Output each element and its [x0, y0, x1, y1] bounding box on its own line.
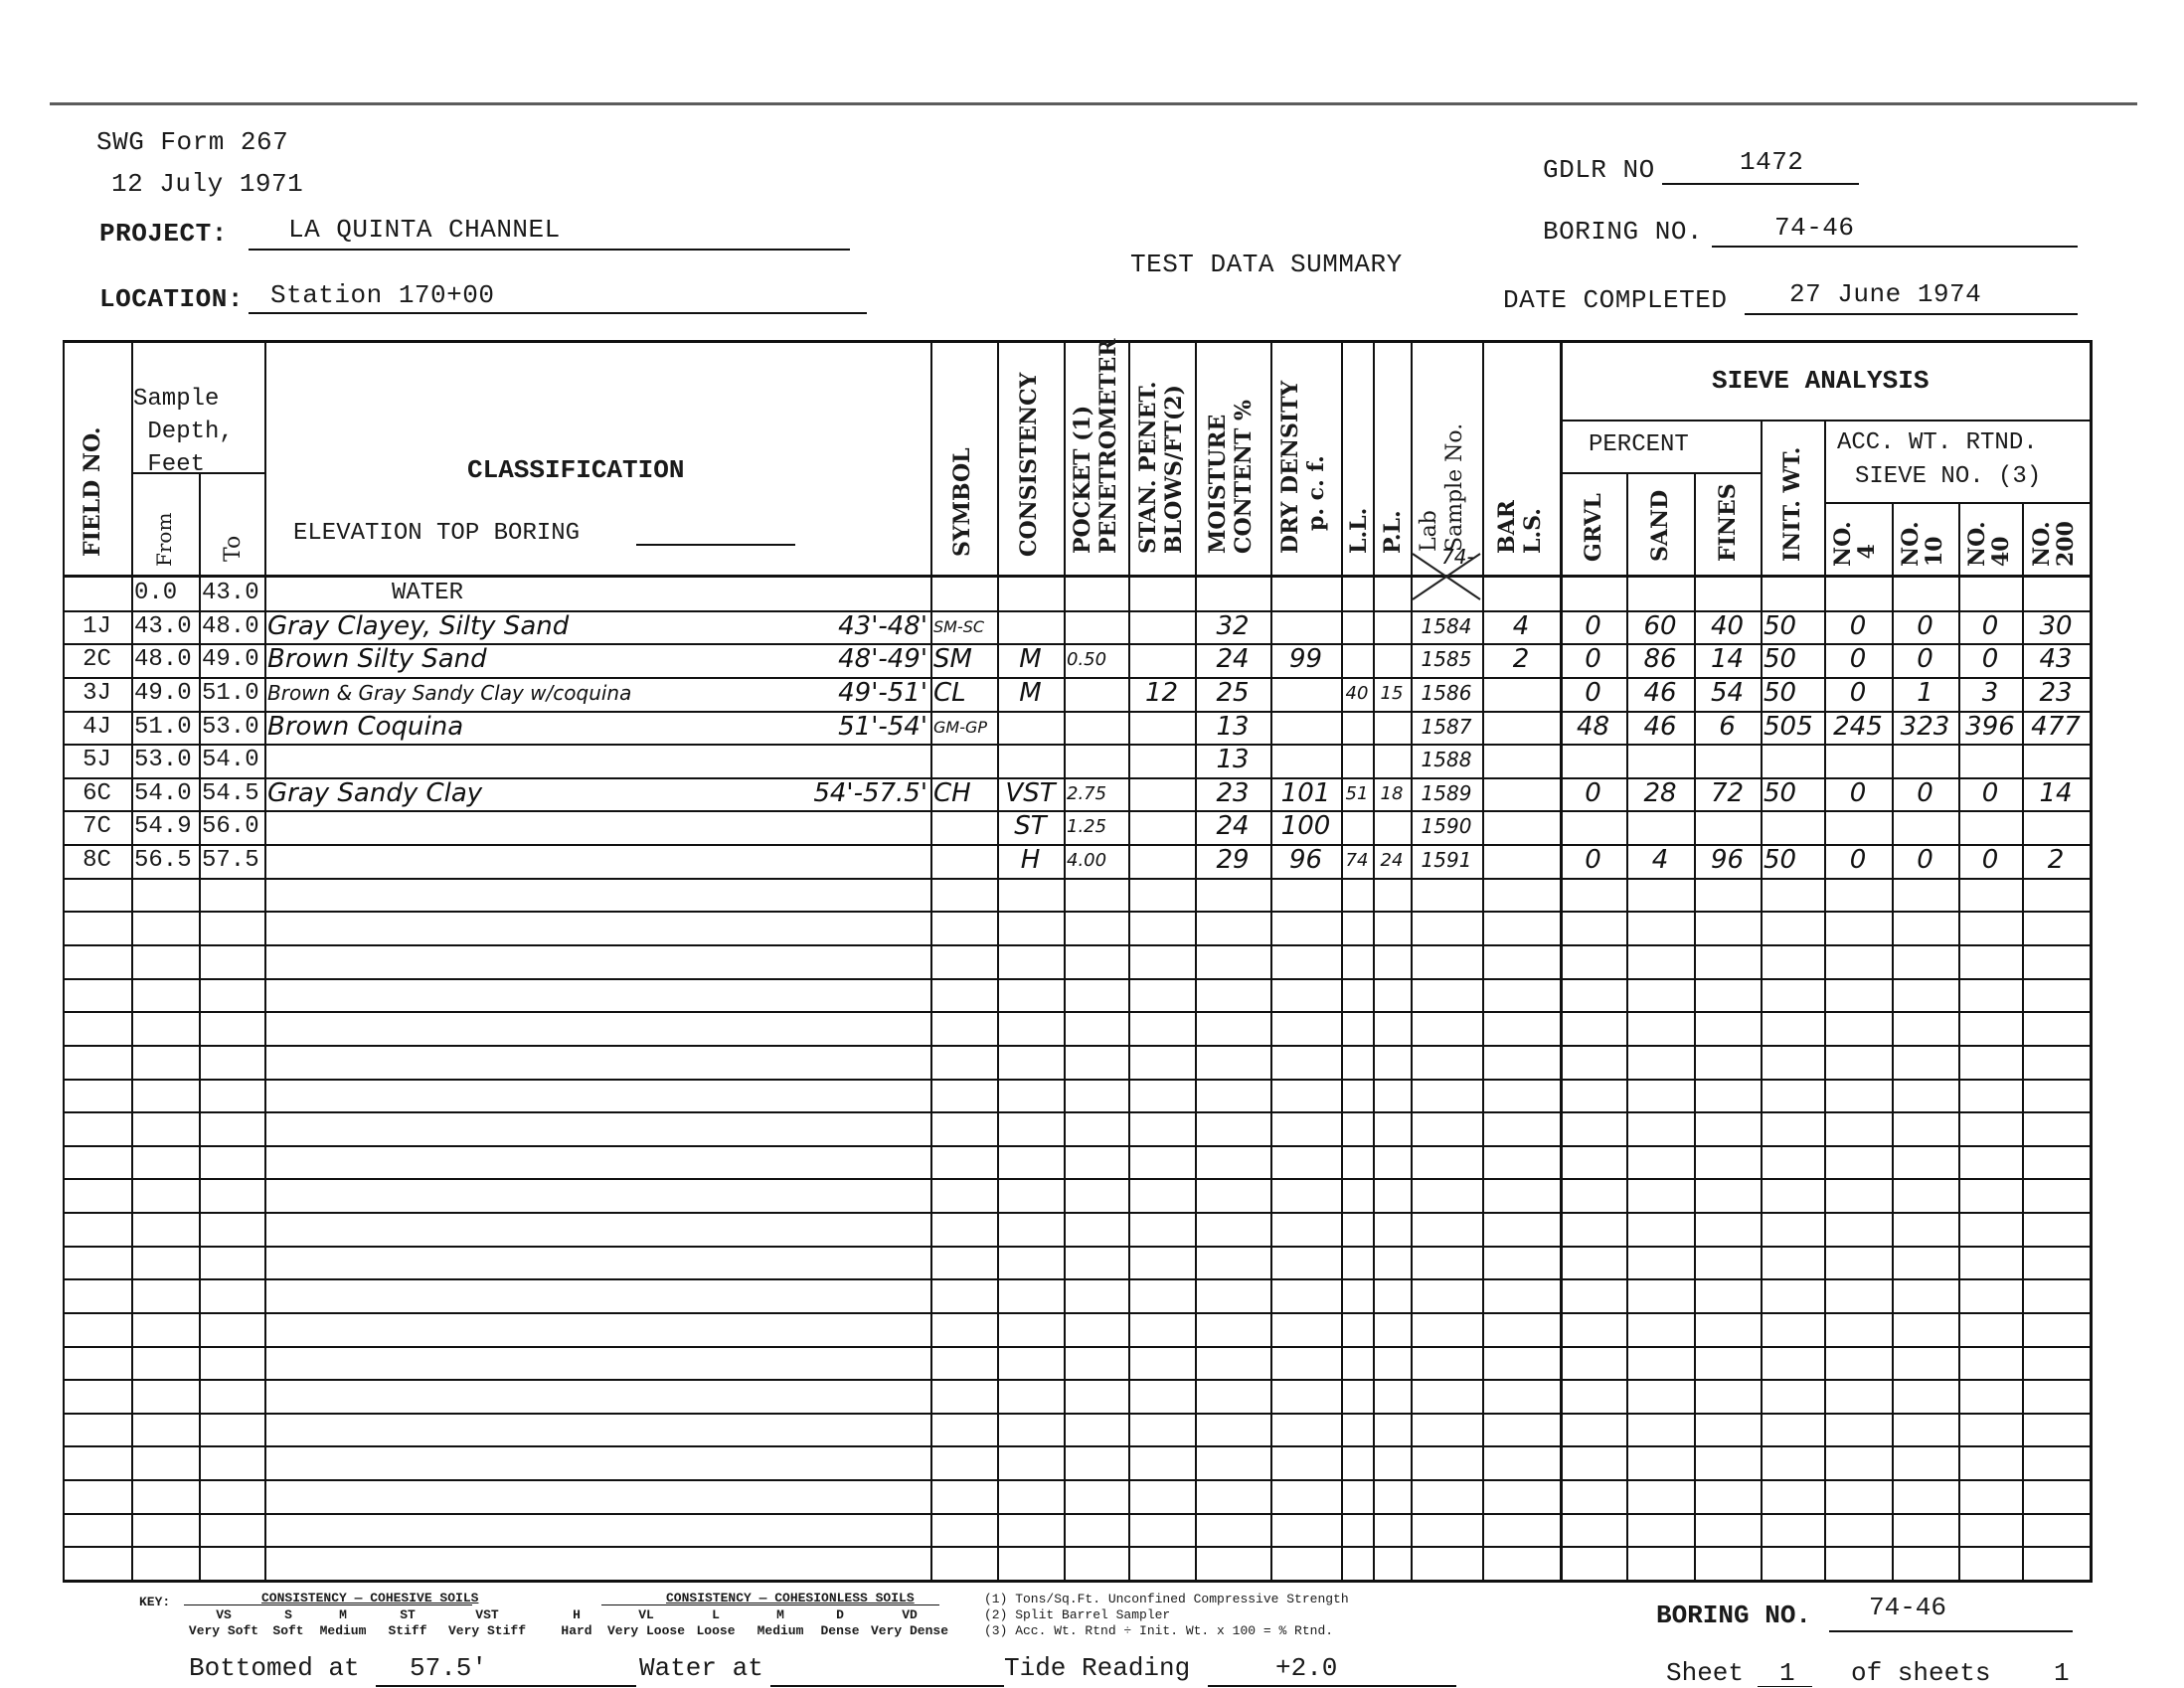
cell-from: 51.0	[134, 711, 196, 745]
cell-depth	[739, 844, 927, 878]
cell-n40: 0	[1961, 844, 2019, 878]
header-init-wt: INIT. WT.	[1779, 427, 1805, 562]
key-note-3: (3) Acc. Wt. Rtnd ÷ Init. Wt. x 100 = % …	[984, 1623, 1333, 1638]
cell-cons	[1000, 577, 1061, 610]
footer-boring-value: 74-46	[1869, 1593, 1946, 1622]
cell-fines	[1697, 577, 1758, 610]
cell-ll	[1344, 810, 1370, 844]
bottomed-value: 57.5'	[410, 1653, 487, 1683]
cell-n40: 0	[1961, 777, 2019, 811]
cell-ll: 74	[1344, 844, 1370, 878]
tide-value: +2.0	[1275, 1653, 1337, 1683]
cell-grvl	[1563, 810, 1623, 844]
bottomed-label: Bottomed at	[189, 1653, 360, 1683]
cell-n40	[1961, 744, 2019, 777]
cell-cons	[1000, 610, 1061, 644]
cell-class: Brown & Gray Sandy Clay w/coquina	[267, 677, 758, 711]
cell-class: Gray Sandy Clay	[267, 777, 758, 811]
cell-moist: 13	[1198, 744, 1267, 777]
cell-to: 51.0	[202, 677, 261, 711]
cell-depth: 43'-48'	[739, 610, 927, 644]
cell-lab: 1588	[1414, 744, 1479, 777]
cell-init: 50	[1764, 844, 1821, 878]
cell-class: Brown Silty Sand	[267, 643, 758, 677]
header-to: To	[221, 512, 247, 562]
cell-to: 49.0	[202, 643, 261, 677]
cell-pl: 18	[1376, 777, 1408, 811]
cell-symbol	[933, 744, 994, 777]
cell-ll	[1344, 711, 1370, 745]
cell-pl: 24	[1376, 844, 1408, 878]
cell-stan	[1131, 643, 1192, 677]
date-completed-label: DATE COMPLETED	[1503, 285, 1727, 315]
cell-pl	[1376, 610, 1408, 644]
cell-sand	[1629, 577, 1691, 610]
cell-cons: ST	[1000, 810, 1061, 844]
cell-stan	[1131, 711, 1192, 745]
cell-class: WATER	[298, 577, 557, 610]
cell-dry	[1273, 677, 1338, 711]
cell-sand	[1629, 744, 1691, 777]
cell-depth	[739, 810, 927, 844]
key-cohesive-title: CONSISTENCY — COHESIVE SOILS	[261, 1591, 478, 1605]
location-value: Station 170+00	[270, 280, 494, 310]
key-abbr: VST	[442, 1607, 532, 1622]
document-title: TEST DATA SUMMARY	[1130, 250, 1403, 279]
cell-grvl: 0	[1563, 777, 1623, 811]
cell-cons: H	[1000, 844, 1061, 878]
boring-label: BORING NO.	[1543, 217, 1703, 247]
sheet-value: 1	[1779, 1658, 1795, 1688]
cell-bar: 4	[1485, 610, 1557, 644]
cell-n4: 0	[1827, 610, 1889, 644]
cell-lab: 1589	[1414, 777, 1479, 811]
cell-n4: 0	[1827, 844, 1889, 878]
cell-sand: 46	[1629, 677, 1691, 711]
cell-symbol: CH	[933, 777, 994, 811]
cell-dry: 99	[1273, 643, 1338, 677]
cell-stan	[1131, 744, 1192, 777]
cell-pl	[1376, 744, 1408, 777]
cell-class: Brown Coquina	[267, 711, 758, 745]
cell-n10	[1895, 744, 1955, 777]
header-no200: NO. 200	[2030, 507, 2078, 567]
header-bar-ls: BAR L.S.	[1494, 487, 1546, 554]
footer-boring-label: BORING NO.	[1656, 1601, 1811, 1630]
cell-dry	[1273, 610, 1338, 644]
cell-from: 0.0	[134, 577, 196, 610]
cell-n40: 396	[1961, 711, 2019, 745]
cell-bar: 2	[1485, 643, 1557, 677]
of-sheets-value: 1	[2054, 1658, 2070, 1688]
cell-lab: 1591	[1414, 844, 1479, 878]
cell-pocket	[1067, 577, 1125, 610]
cell-n10: 0	[1895, 777, 1955, 811]
cell-to: 56.0	[202, 810, 261, 844]
cell-n4	[1827, 810, 1889, 844]
location-label: LOCATION:	[99, 284, 244, 314]
cell-n40	[1961, 577, 2019, 610]
cell-fines: 14	[1697, 643, 1758, 677]
cell-fines	[1697, 744, 1758, 777]
cell-pl	[1376, 643, 1408, 677]
cell-symbol: GM-GP	[933, 711, 994, 745]
cell-n10	[1895, 810, 1955, 844]
cell-bar	[1485, 677, 1557, 711]
cell-ll: 40	[1344, 677, 1370, 711]
cell-n10: 1	[1895, 677, 1955, 711]
key-abbr: ST	[363, 1607, 452, 1622]
cell-pl	[1376, 810, 1408, 844]
header-no10: NO. 10	[1899, 507, 1946, 567]
cell-sand: 28	[1629, 777, 1691, 811]
header-sand: SAND	[1647, 487, 1673, 562]
cell-n200	[2025, 744, 2087, 777]
cell-ll	[1344, 577, 1370, 610]
cell-n40: 0	[1961, 643, 2019, 677]
cell-grvl: 48	[1563, 711, 1623, 745]
cell-field: 6C	[66, 777, 128, 811]
cell-from: 56.5	[134, 844, 196, 878]
cell-bar	[1485, 810, 1557, 844]
cell-fines: 6	[1697, 711, 1758, 745]
cell-symbol: SM-SC	[933, 610, 994, 644]
header-elevation-top-boring: ELEVATION TOP BORING	[293, 520, 580, 547]
cell-field: 2C	[66, 643, 128, 677]
header-fines: FINES	[1715, 477, 1741, 562]
cell-n4: 245	[1827, 711, 1889, 745]
cell-n200: 477	[2025, 711, 2087, 745]
gdlr-underline	[1662, 183, 1859, 185]
cell-to: 48.0	[202, 610, 261, 644]
tide-label: Tide Reading	[1004, 1653, 1190, 1683]
cell-cons: VST	[1000, 777, 1061, 811]
header-sieve-no: SIEVE NO. (3)	[1855, 463, 2041, 490]
cell-stan	[1131, 777, 1192, 811]
cell-symbol: CL	[933, 677, 994, 711]
top-rule	[50, 102, 2137, 105]
header-dry-density: DRY DENSITY p. c. f.	[1277, 370, 1329, 554]
header-pocket-penetrometer: POCKET (1) PENETROMETER	[1070, 350, 1121, 554]
cell-stan	[1131, 610, 1192, 644]
cell-pocket: 2.75	[1067, 777, 1125, 811]
header-grvl: GRVL	[1581, 487, 1606, 562]
cell-grvl: 0	[1563, 610, 1623, 644]
date-completed-underline	[1745, 313, 2078, 315]
cell-field: 7C	[66, 810, 128, 844]
key-label: KEY:	[139, 1595, 170, 1609]
cell-bar	[1485, 744, 1557, 777]
cell-init	[1764, 577, 1821, 610]
cell-lab: 1590	[1414, 810, 1479, 844]
cell-to: 54.5	[202, 777, 261, 811]
cell-bar	[1485, 844, 1557, 878]
cell-lab: 1586	[1414, 677, 1479, 711]
cell-cons	[1000, 744, 1061, 777]
key-abbr: VD	[865, 1607, 954, 1622]
cell-symbol: SM	[933, 643, 994, 677]
header-sieve-analysis: SIEVE ANALYSIS	[1712, 366, 1929, 396]
cell-n200: 30	[2025, 610, 2087, 644]
boring-underline	[1712, 246, 2078, 248]
key-note-1: (1) Tons/Sq.Ft. Unconfined Compressive S…	[984, 1592, 1349, 1606]
cell-n4: 0	[1827, 643, 1889, 677]
cell-fines: 72	[1697, 777, 1758, 811]
cell-moist: 25	[1198, 677, 1267, 711]
boring-value: 74-46	[1774, 213, 1855, 243]
cell-sand	[1629, 810, 1691, 844]
cell-from: 54.9	[134, 810, 196, 844]
cell-class	[267, 810, 758, 844]
cell-lab	[1414, 577, 1479, 610]
location-underline	[249, 312, 867, 314]
cell-lab: 1587	[1414, 711, 1479, 745]
cell-n4	[1827, 577, 1889, 610]
cell-moist: 29	[1198, 844, 1267, 878]
cell-moist: 13	[1198, 711, 1267, 745]
cell-depth: 48'-49'	[739, 643, 927, 677]
cell-stan	[1131, 810, 1192, 844]
cell-n200: 43	[2025, 643, 2087, 677]
header-field-no: FIELD NO.	[80, 398, 105, 557]
sheet-label: Sheet	[1666, 1658, 1744, 1688]
cell-moist: 24	[1198, 643, 1267, 677]
header-moisture-content: MOISTURE CONTENT %	[1205, 378, 1257, 554]
cell-class	[267, 844, 758, 878]
cell-depth: 54'-57.5'	[739, 777, 927, 811]
cell-n10: 0	[1895, 610, 1955, 644]
key-meaning: Very Stiff	[442, 1623, 532, 1638]
cell-depth: 49'-51'	[739, 677, 927, 711]
cell-init	[1764, 810, 1821, 844]
cell-grvl: 0	[1563, 844, 1623, 878]
cell-class: Gray Clayey, Silty Sand	[267, 610, 758, 644]
form-date: 12 July 1971	[111, 169, 303, 199]
cell-from: 49.0	[134, 677, 196, 711]
cell-n4: 0	[1827, 677, 1889, 711]
cell-cons: M	[1000, 643, 1061, 677]
cell-n10: 323	[1895, 711, 1955, 745]
header-from: From	[151, 497, 177, 567]
cell-cons: M	[1000, 677, 1061, 711]
header-ll: L.L.	[1346, 487, 1372, 554]
header-consistency: CONSISTENCY	[1016, 368, 1042, 557]
cell-n4	[1827, 744, 1889, 777]
header-no4: NO. 4	[1831, 507, 1879, 567]
cell-to: 53.0	[202, 711, 261, 745]
cell-init: 50	[1764, 610, 1821, 644]
cell-fines: 54	[1697, 677, 1758, 711]
cell-init: 505	[1764, 711, 1821, 745]
cell-ll	[1344, 610, 1370, 644]
cell-lab: 1585	[1414, 643, 1479, 677]
header-acc-wt-rtnd: ACC. WT. RTND.	[1837, 429, 2038, 456]
cell-pocket: 1.25	[1067, 810, 1125, 844]
lab-sample-prefix: 74-	[1441, 545, 1474, 569]
elevation-underline	[636, 544, 795, 546]
cell-field	[66, 577, 128, 610]
cell-from: 53.0	[134, 744, 196, 777]
cell-pl	[1376, 577, 1408, 610]
cell-n40: 3	[1961, 677, 2019, 711]
of-sheets-label: of sheets	[1851, 1658, 1990, 1688]
cell-stan	[1131, 844, 1192, 878]
project-label: PROJECT:	[99, 219, 228, 249]
cell-to: 57.5	[202, 844, 261, 878]
cell-grvl: 0	[1563, 677, 1623, 711]
cell-pl: 15	[1376, 677, 1408, 711]
cell-pocket	[1067, 677, 1125, 711]
cell-lab: 1584	[1414, 610, 1479, 644]
cell-bar	[1485, 711, 1557, 745]
project-underline	[249, 249, 850, 251]
cell-ll	[1344, 744, 1370, 777]
cell-n200: 23	[2025, 677, 2087, 711]
cell-grvl: 0	[1563, 643, 1623, 677]
cell-n200	[2025, 577, 2087, 610]
cell-moist: 32	[1198, 610, 1267, 644]
cell-symbol	[933, 577, 994, 610]
gdlr-label: GDLR NO	[1543, 155, 1655, 185]
cell-sand: 86	[1629, 643, 1691, 677]
cell-to: 43.0	[202, 577, 261, 610]
cell-field: 1J	[66, 610, 128, 644]
header-lab-sample-no: Lab Sample No.	[1417, 378, 1468, 552]
cell-field: 4J	[66, 711, 128, 745]
cell-n10: 0	[1895, 643, 1955, 677]
cell-sand: 60	[1629, 610, 1691, 644]
cell-dry	[1273, 711, 1338, 745]
cell-grvl	[1563, 577, 1623, 610]
header-no40: NO. 40	[1965, 507, 2013, 567]
cell-pocket	[1067, 610, 1125, 644]
cell-pocket: 4.00	[1067, 844, 1125, 878]
cell-moist: 23	[1198, 777, 1267, 811]
cell-field: 5J	[66, 744, 128, 777]
cell-field: 8C	[66, 844, 128, 878]
cell-n10	[1895, 577, 1955, 610]
cell-depth	[739, 744, 927, 777]
cell-dry	[1273, 744, 1338, 777]
cell-init: 50	[1764, 677, 1821, 711]
header-pl: P.L.	[1380, 487, 1406, 554]
cell-fines: 96	[1697, 844, 1758, 878]
cell-depth	[739, 577, 927, 610]
key-cohesionless-title: CONSISTENCY — COHESIONLESS SOILS	[666, 1591, 915, 1605]
cell-init: 50	[1764, 643, 1821, 677]
cell-pocket	[1067, 711, 1125, 745]
cell-dry: 96	[1273, 844, 1338, 878]
cell-sand: 46	[1629, 711, 1691, 745]
cell-n40: 0	[1961, 610, 2019, 644]
cell-pl	[1376, 711, 1408, 745]
form-name: SWG Form 267	[96, 127, 288, 157]
cell-pocket: 0.50	[1067, 643, 1125, 677]
cell-symbol	[933, 844, 994, 878]
cell-fines: 40	[1697, 610, 1758, 644]
cell-from: 54.0	[134, 777, 196, 811]
cell-grvl	[1563, 744, 1623, 777]
cell-from: 48.0	[134, 643, 196, 677]
cell-n10: 0	[1895, 844, 1955, 878]
cell-bar	[1485, 777, 1557, 811]
cell-sand: 4	[1629, 844, 1691, 878]
cell-dry: 100	[1273, 810, 1338, 844]
water-label: Water at	[639, 1653, 763, 1683]
cell-class	[267, 744, 758, 777]
cell-pocket	[1067, 744, 1125, 777]
project-value: LA QUINTA CHANNEL	[288, 215, 561, 245]
cell-cons	[1000, 711, 1061, 745]
cell-dry: 101	[1273, 777, 1338, 811]
cell-from: 43.0	[134, 610, 196, 644]
cell-n4: 0	[1827, 777, 1889, 811]
header-percent: PERCENT	[1589, 431, 1689, 458]
cell-dry	[1273, 577, 1338, 610]
cell-fines	[1697, 810, 1758, 844]
cell-moist: 24	[1198, 810, 1267, 844]
gdlr-value: 1472	[1740, 147, 1803, 177]
cell-n200: 14	[2025, 777, 2087, 811]
header-sample-depth: Sample Depth, Feet	[133, 383, 234, 481]
header-stan-penet: STAN. PENET. BLOWS/FT(2)	[1135, 350, 1187, 554]
cell-bar	[1485, 577, 1557, 610]
cell-ll: 51	[1344, 777, 1370, 811]
header-symbol: SYMBOL	[949, 418, 975, 557]
cell-stan: 12	[1131, 677, 1192, 711]
cell-init: 50	[1764, 777, 1821, 811]
cell-n40	[1961, 810, 2019, 844]
cell-stan	[1131, 577, 1192, 610]
cell-init	[1764, 744, 1821, 777]
date-completed-value: 27 June 1974	[1789, 279, 1981, 309]
cell-n200: 2	[2025, 844, 2087, 878]
cell-field: 3J	[66, 677, 128, 711]
cell-moist	[1198, 577, 1267, 610]
cell-n200	[2025, 810, 2087, 844]
cell-symbol	[933, 810, 994, 844]
cell-to: 54.0	[202, 744, 261, 777]
key-note-2: (2) Split Barrel Sampler	[984, 1607, 1170, 1622]
cell-ll	[1344, 643, 1370, 677]
key-meaning: Stiff	[363, 1623, 452, 1638]
cell-depth: 51'-54'	[739, 711, 927, 745]
key-meaning: Very Dense	[865, 1623, 954, 1638]
header-classification: CLASSIFICATION	[467, 455, 684, 485]
